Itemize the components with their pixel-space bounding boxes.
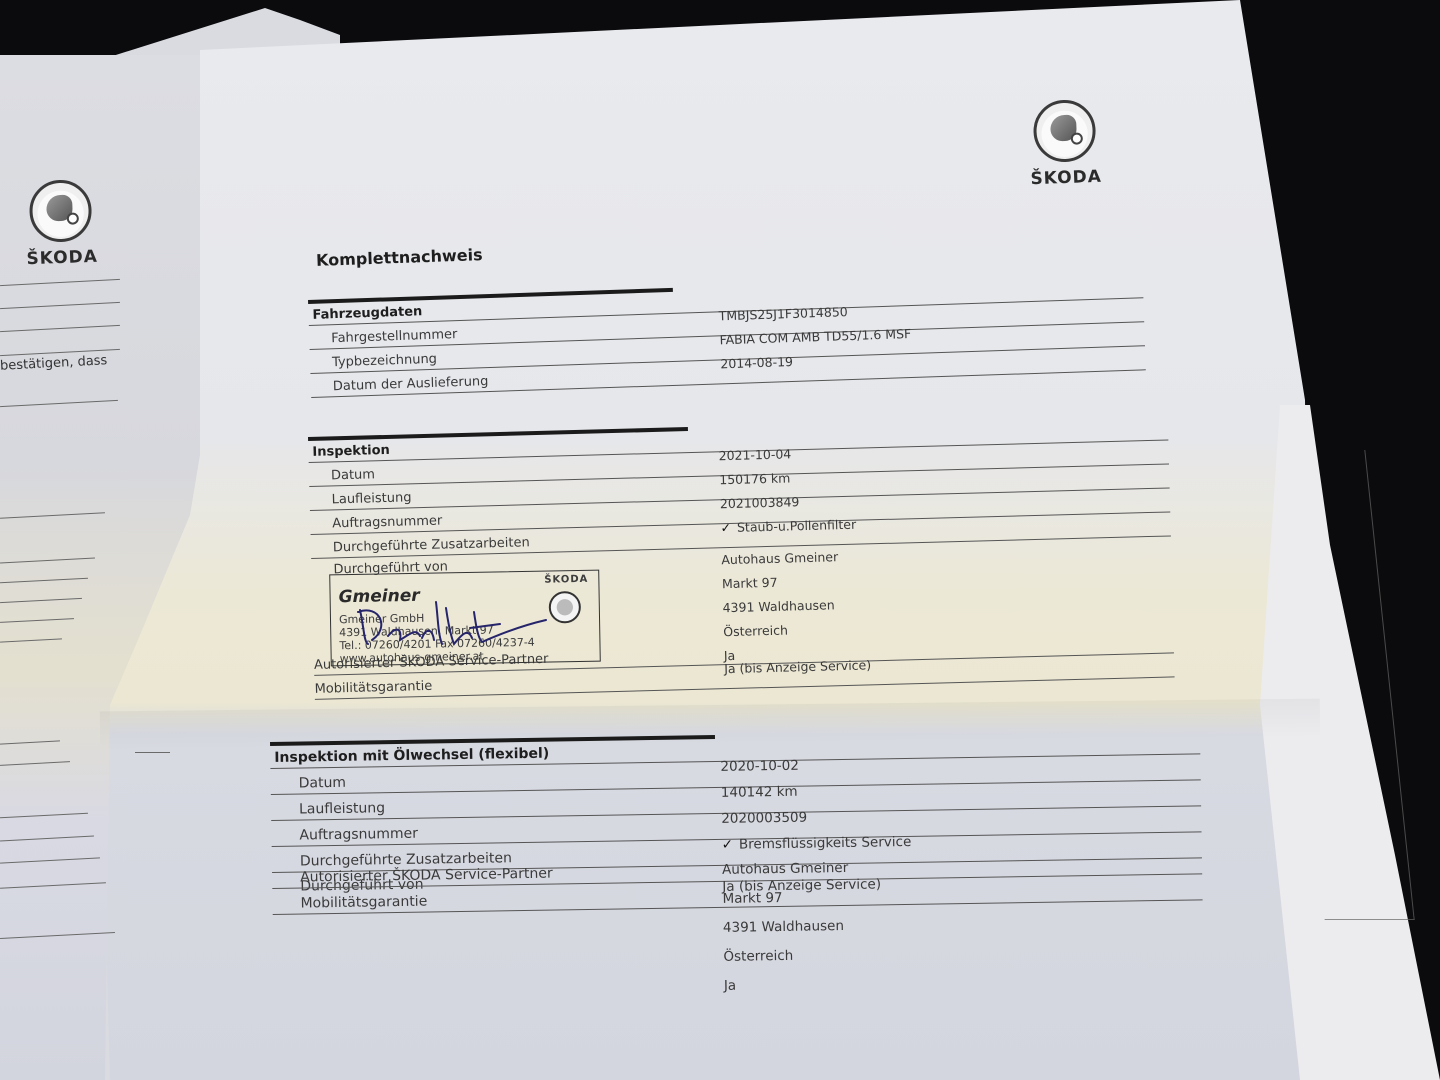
skoda-emblem-icon — [28, 179, 92, 243]
row-value: 2020-10-02 — [720, 758, 799, 775]
address-line: Autohaus Gmeiner — [721, 545, 838, 572]
extra-work-value: Bremsflüssigkeits Service — [739, 834, 912, 853]
row-value: 2020003509 — [721, 810, 807, 827]
row-value: 2014-08-19 — [720, 354, 793, 371]
row-value: 150176 km — [719, 470, 790, 487]
row-value: Ja (bis Anzeige Service) — [722, 876, 881, 894]
skoda-wordmark: ŠKODA — [1021, 166, 1112, 189]
address-line: Ja — [724, 970, 851, 1001]
row-value: ✓Staub-u.Pollenfilter — [720, 517, 856, 536]
skoda-wordmark: ŠKODA — [19, 246, 106, 269]
row-value: 140142 km — [721, 784, 798, 801]
row-value: 2021-10-04 — [718, 446, 791, 463]
address-line: 4391 Waldhausen — [722, 593, 839, 620]
address-line: Markt 97 — [722, 569, 839, 596]
row-value: 2021003849 — [720, 494, 800, 511]
signature — [350, 598, 550, 648]
check-icon: ✓ — [722, 837, 734, 853]
stamp-brand: ŠKODA — [544, 574, 588, 586]
check-icon: ✓ — [720, 520, 731, 535]
row-value: ✓Bremsflüssigkeits Service — [722, 834, 912, 853]
section-inspection-oil-change: Inspektion mit Ölwechsel (flexibel) Datu… — [270, 727, 1203, 916]
row-value: TMBJS25J1F3014850 — [719, 304, 848, 323]
address-line: Österreich — [723, 617, 840, 644]
skoda-emblem-icon — [1032, 99, 1096, 163]
address-line: 4391 Waldhausen — [723, 912, 850, 943]
skoda-logo-left: ŠKODA — [16, 179, 105, 270]
main-fold-rule — [135, 752, 170, 753]
extra-work-value: Staub-u.Pollenfilter — [737, 517, 856, 535]
skoda-logo-main: ŠKODA — [1018, 98, 1111, 189]
address-line: Österreich — [723, 941, 850, 972]
row-value: Ja (bis Anzeige Service) — [724, 657, 871, 676]
